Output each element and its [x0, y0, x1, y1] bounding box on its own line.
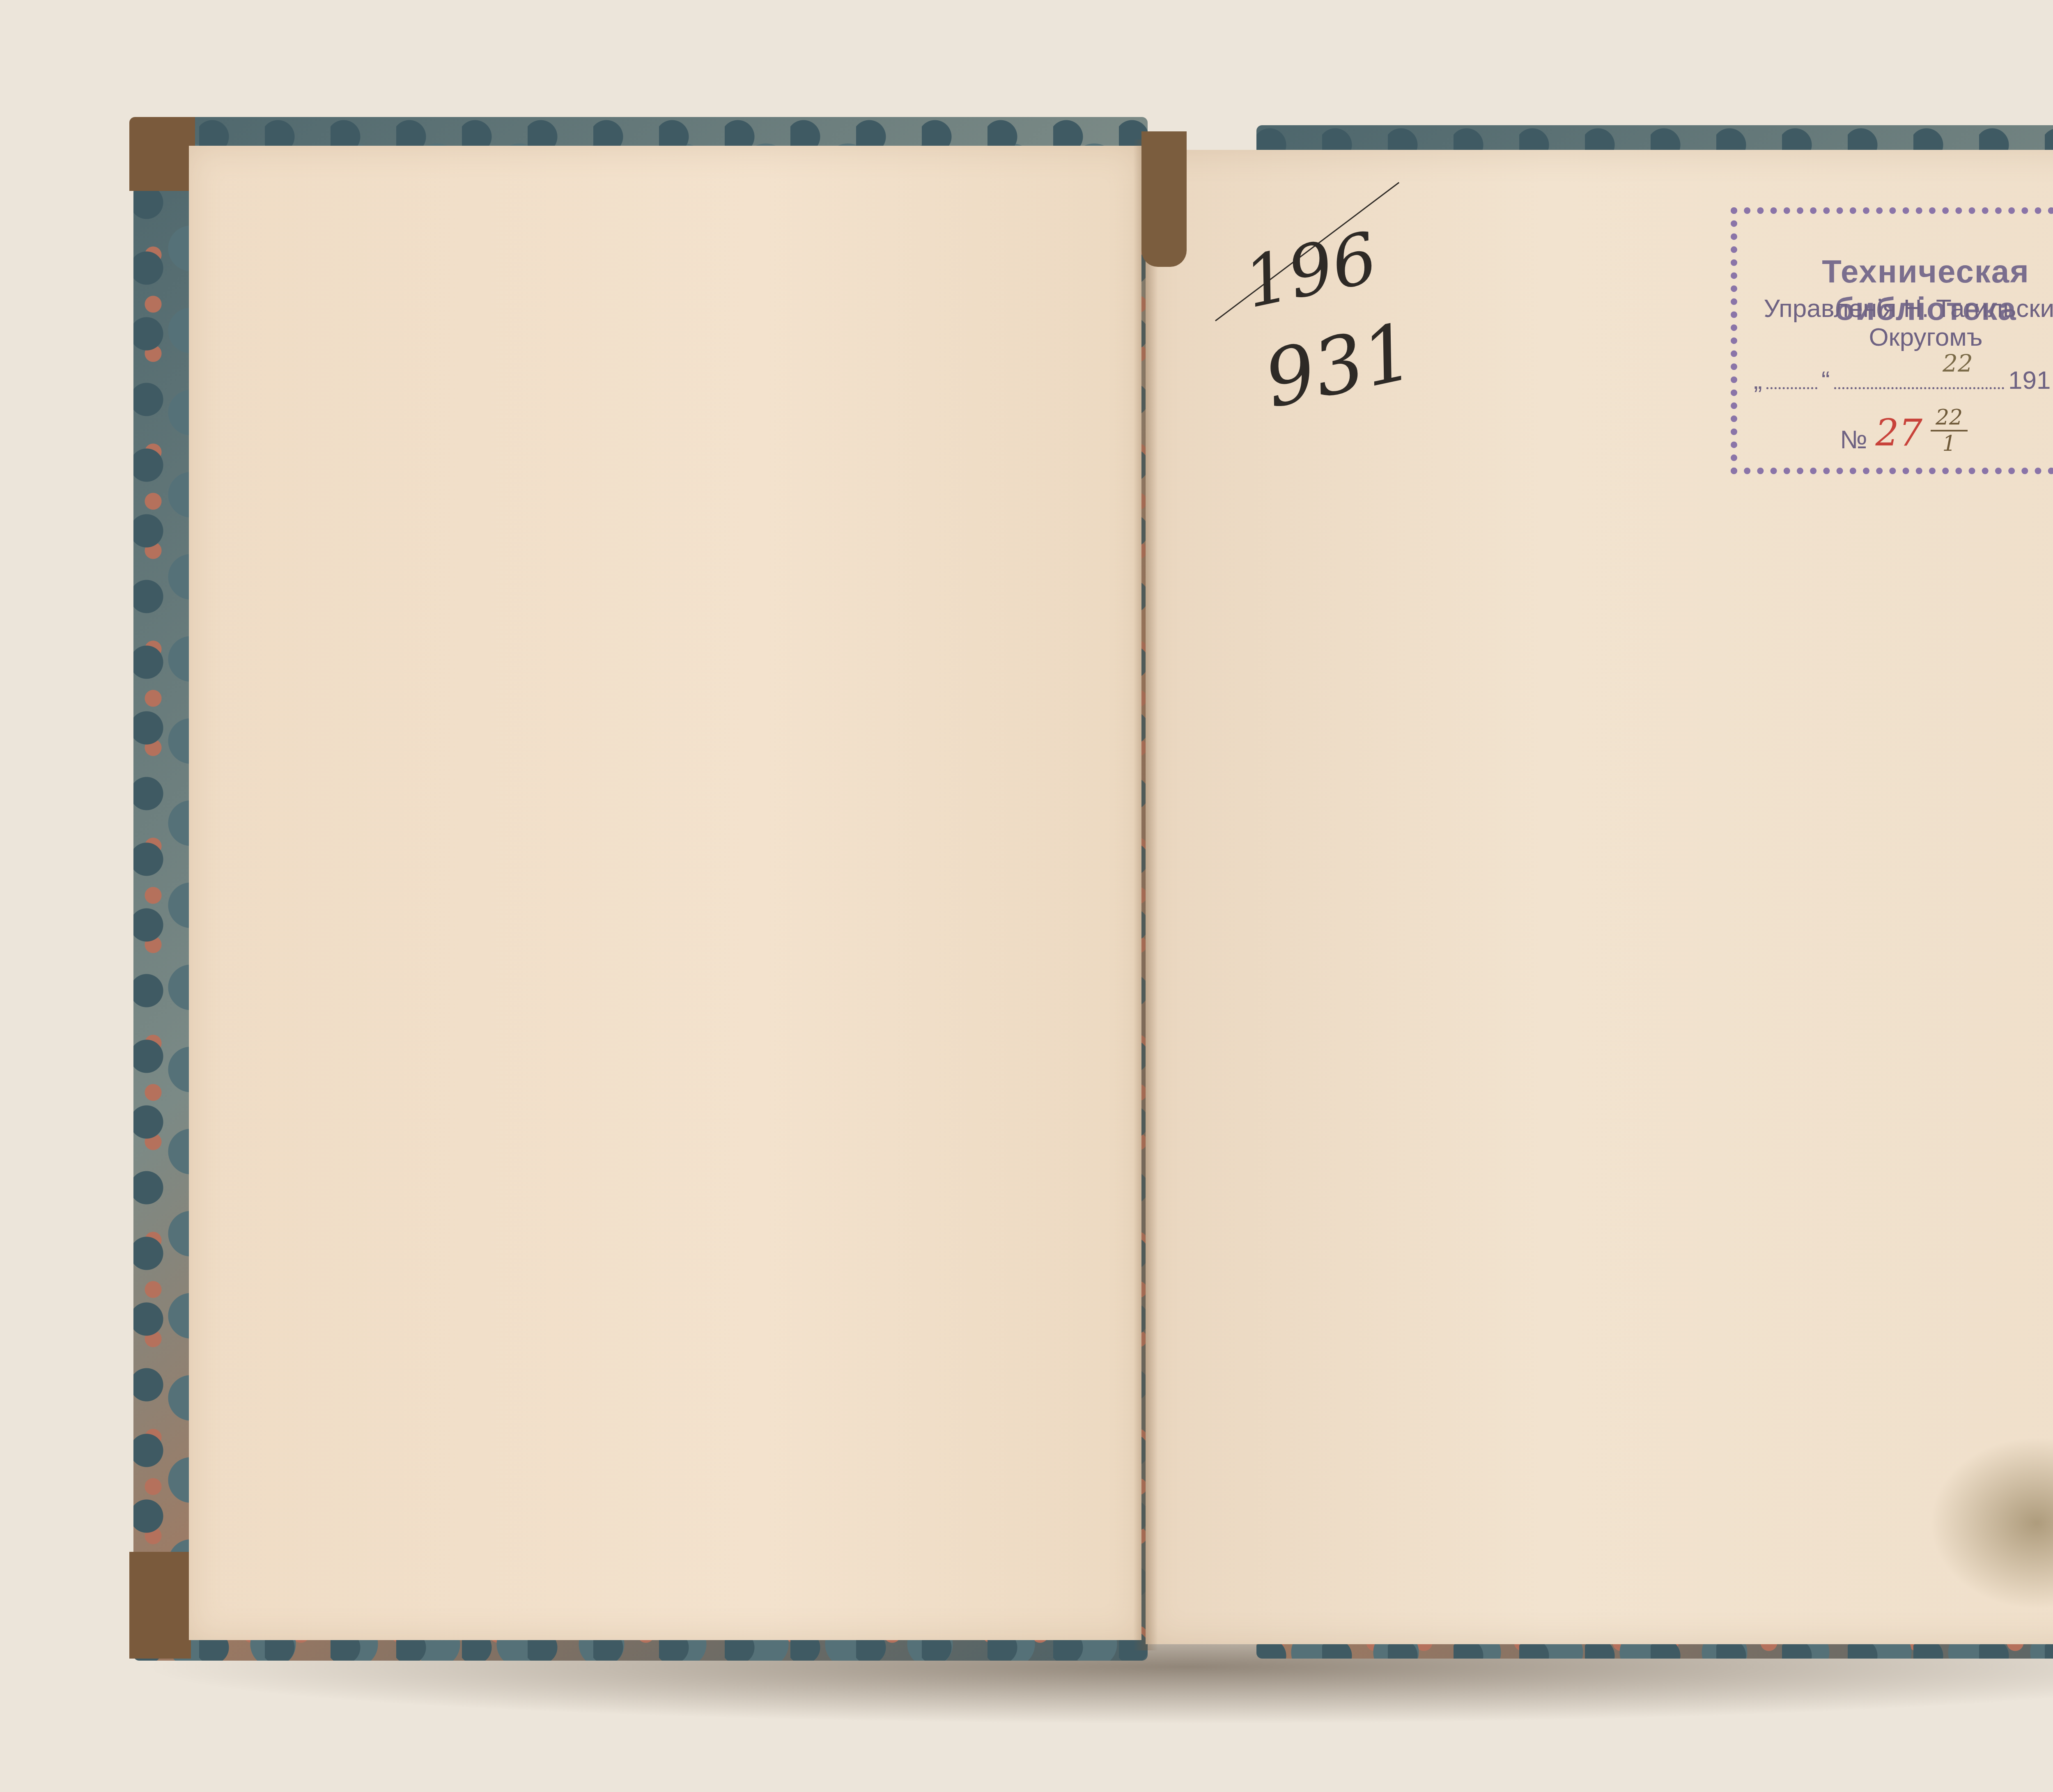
left-endpaper — [189, 146, 1141, 1640]
date-close-quote: “ — [1821, 366, 1830, 395]
number-label: № — [1840, 425, 1867, 454]
library-stamp: Техническая библіотека Управленія Н. Таг… — [1731, 207, 2053, 474]
leather-corner-top-left — [129, 117, 195, 191]
stamp-number-row: № 27 22 1 — [1840, 407, 1968, 454]
stamp-line-3: Округомъ — [1737, 323, 2053, 352]
shelfmark-bottom: 931 — [1257, 306, 1421, 426]
handwritten-shelfmark: 196 931 — [1203, 213, 1433, 427]
number-fraction: 22 1 — [1931, 407, 1968, 454]
number-red: 27 — [1876, 411, 1923, 454]
spine-tab — [1141, 131, 1187, 267]
stamp-line-2: Управленія Н. Тагильскимъ — [1737, 294, 2053, 323]
date-dots-day — [1766, 387, 1817, 389]
book-gutter — [1133, 140, 1158, 1650]
date-dots-month — [1834, 387, 2004, 389]
leather-corner-bottom-left — [129, 1552, 191, 1659]
shelfmark-top: 196 — [1237, 217, 1385, 324]
date-open-quote: „ — [1754, 366, 1762, 395]
fraction-denominator: 1 — [1943, 433, 1956, 454]
stamp-date-row: „ “ 191 г. — [1754, 366, 2053, 395]
date-year-prefix: 191 — [2008, 366, 2051, 395]
foxing-stain — [1930, 1437, 2053, 1609]
fraction-numerator: 22 — [1936, 407, 1963, 428]
